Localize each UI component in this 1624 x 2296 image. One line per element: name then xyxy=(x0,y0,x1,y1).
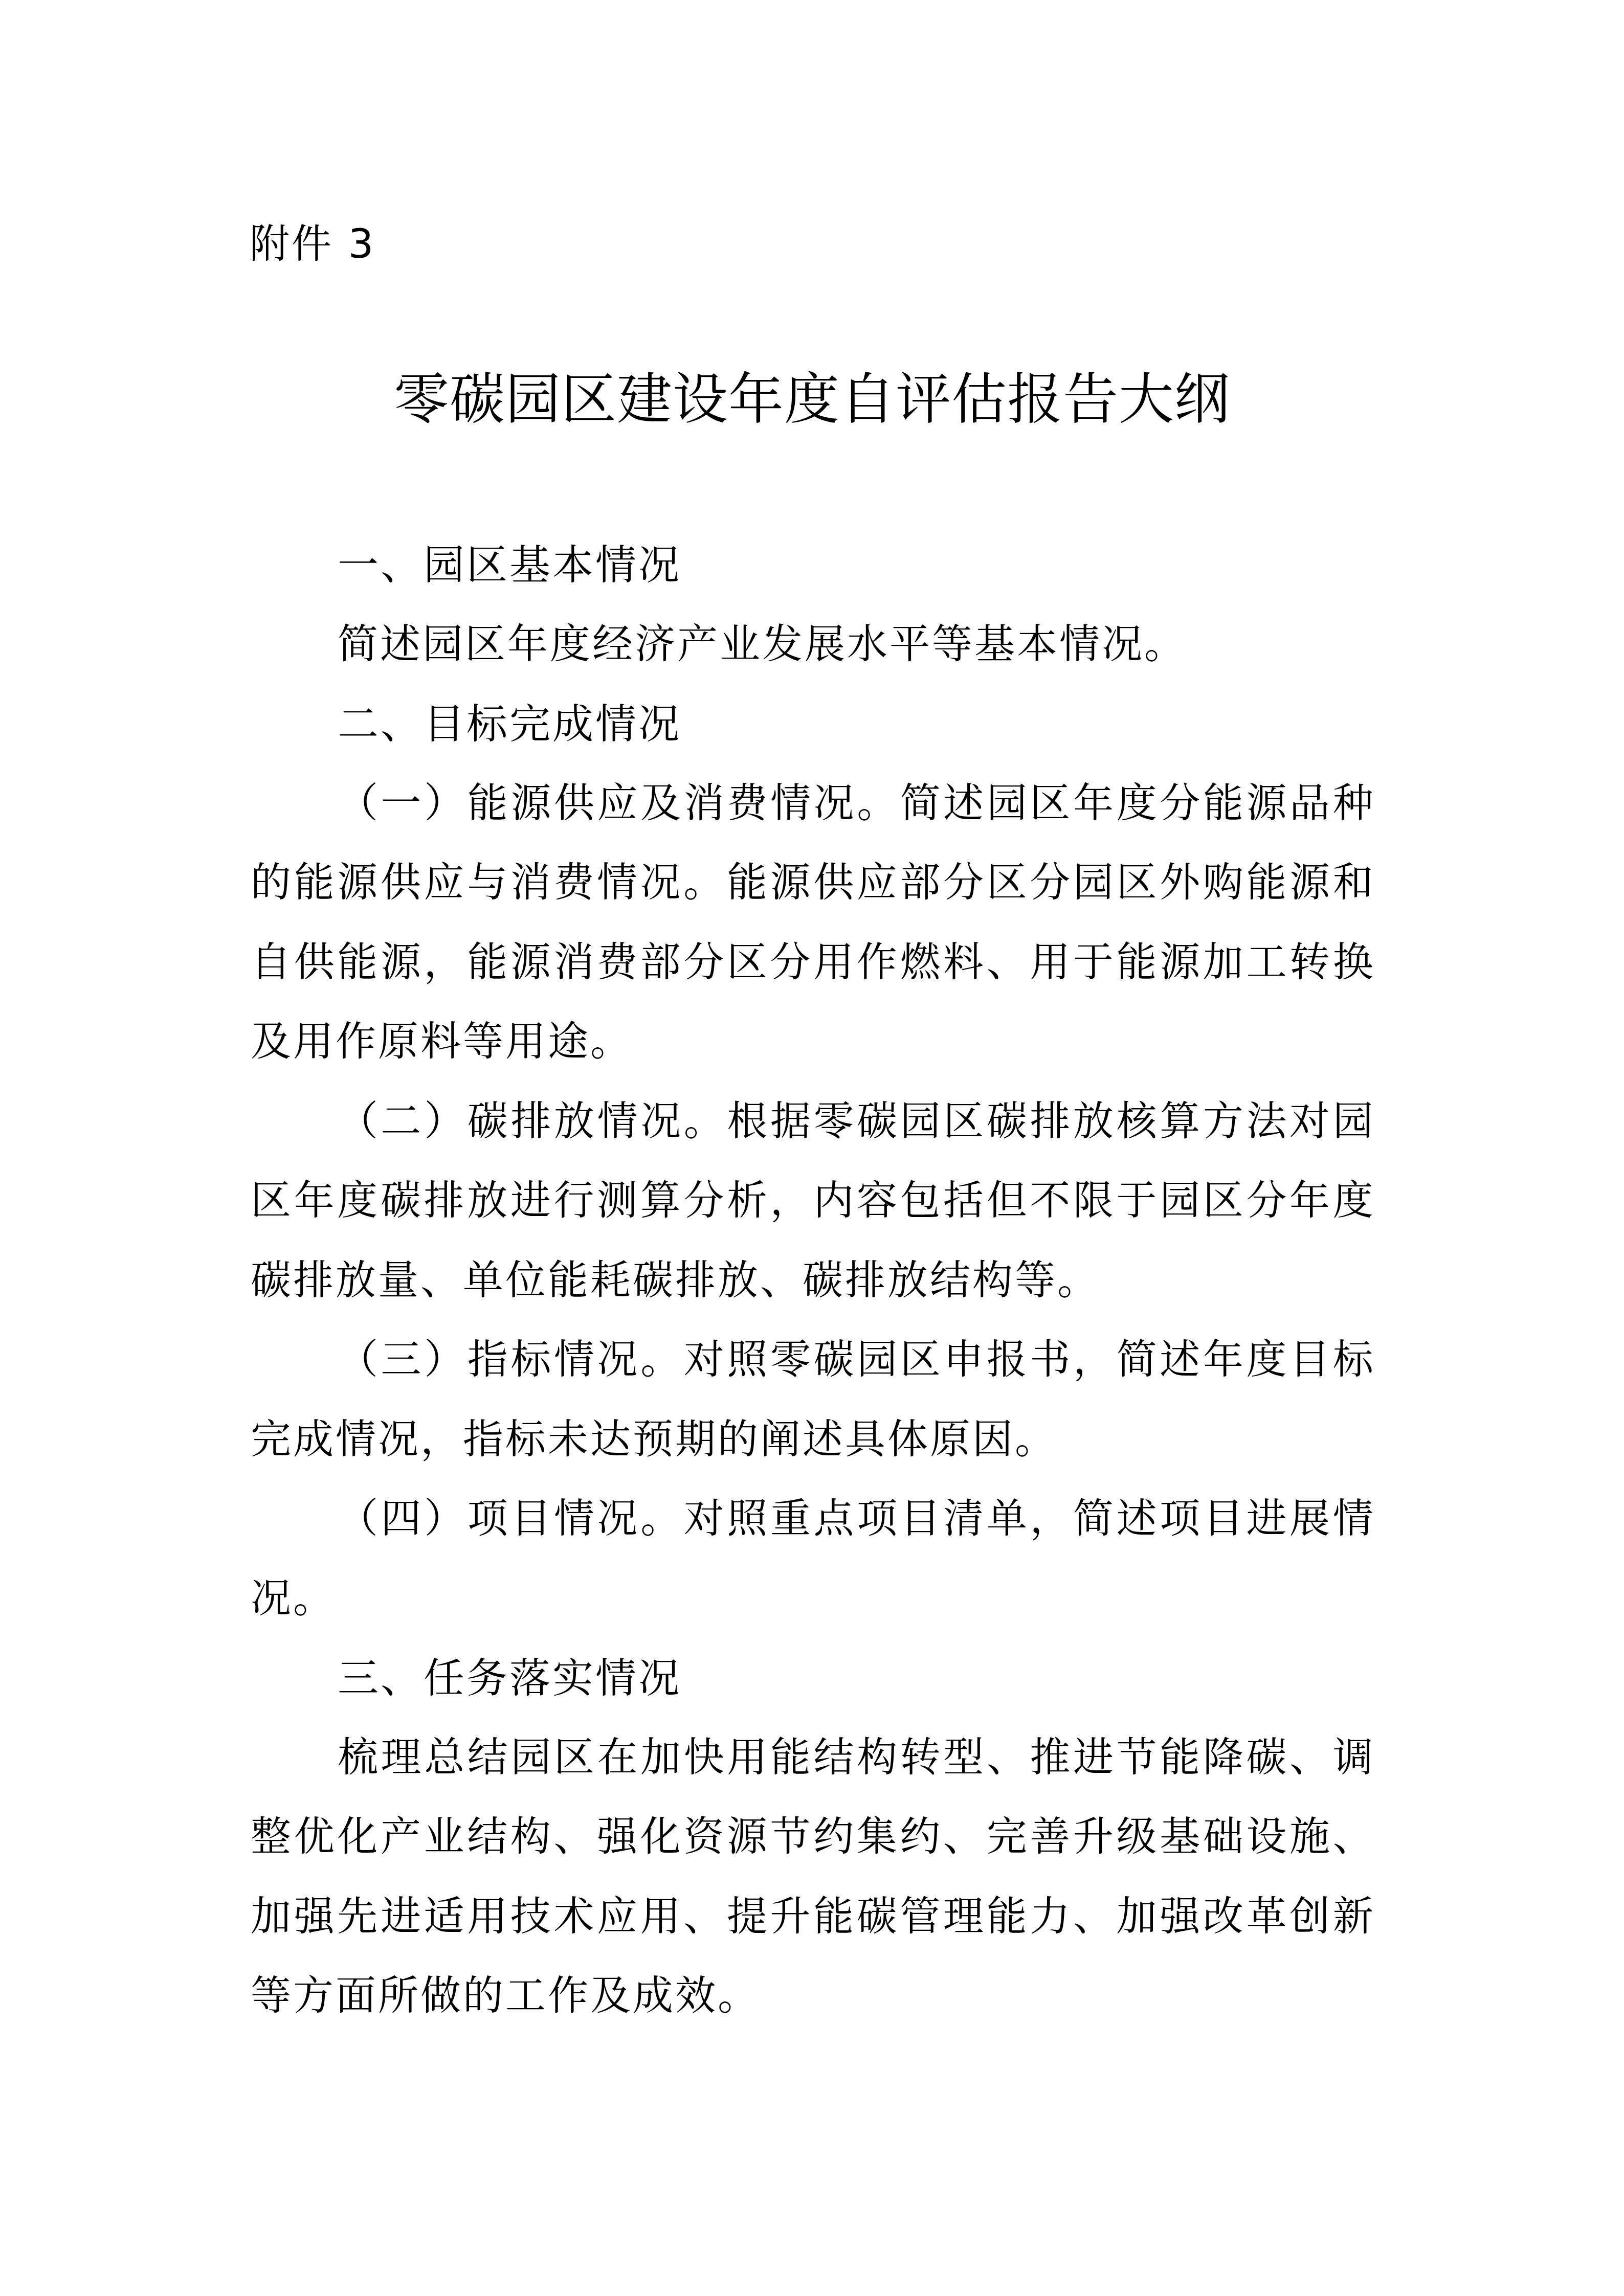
paragraph-line: 加强先进适用技术应用、提升能碳管理能力、加强改革创新 xyxy=(251,1877,1373,1957)
paragraph-line: 简述园区年度经济产业发展水平等基本情况。 xyxy=(251,605,1373,685)
subsection-carbon-line: 区年度碳排放进行测算分析，内容包括但不限于园区分年度 xyxy=(251,1161,1373,1241)
subsection-energy-line: 的能源供应与消费情况。能源供应部分区分园区外购能源和 xyxy=(251,843,1373,923)
section-heading-3: 三、任务落实情况 xyxy=(251,1638,1373,1718)
paragraph-line: 整优化产业结构、强化资源节约集约、完善升级基础设施、 xyxy=(251,1797,1373,1877)
document-title: 零碳园区建设年度自评估报告大纲 xyxy=(0,364,1624,436)
subsection-projects-line: （四）项目情况。对照重点项目清单，简述项目进展情 xyxy=(251,1479,1373,1559)
attachment-label: 附件 3 xyxy=(250,219,375,270)
paragraph-line: 梳理总结园区在加快用能结构转型、推进节能降碳、调 xyxy=(251,1718,1373,1798)
section-heading-1: 一、园区基本情况 xyxy=(251,525,1373,605)
subsection-energy-line: 及用作原料等用途。 xyxy=(251,1002,1373,1082)
subsection-projects-line: 况。 xyxy=(251,1559,1373,1639)
document-page: 附件 3 零碳园区建设年度自评估报告大纲 一、园区基本情况 简述园区年度经济产业… xyxy=(0,0,1624,2296)
subsection-energy-line: 自供能源，能源消费部分区分用作燃料、用于能源加工转换 xyxy=(251,923,1373,1003)
subsection-carbon-line: 碳排放量、单位能耗碳排放、碳排放结构等。 xyxy=(251,1241,1373,1321)
subsection-indicators-line: 完成情况，指标未达预期的阐述具体原因。 xyxy=(251,1400,1373,1480)
subsection-carbon-line: （二）碳排放情况。根据零碳园区碳排放核算方法对园 xyxy=(251,1082,1373,1162)
section-heading-2: 二、目标完成情况 xyxy=(251,684,1373,764)
document-body: 一、园区基本情况 简述园区年度经济产业发展水平等基本情况。 二、目标完成情况 （… xyxy=(251,525,1373,2036)
paragraph-line: 等方面所做的工作及成效。 xyxy=(251,1956,1373,2036)
subsection-indicators-line: （三）指标情况。对照零碳园区申报书，简述年度目标 xyxy=(251,1320,1373,1400)
subsection-energy-line: （一）能源供应及消费情况。简述园区年度分能源品种 xyxy=(251,764,1373,844)
